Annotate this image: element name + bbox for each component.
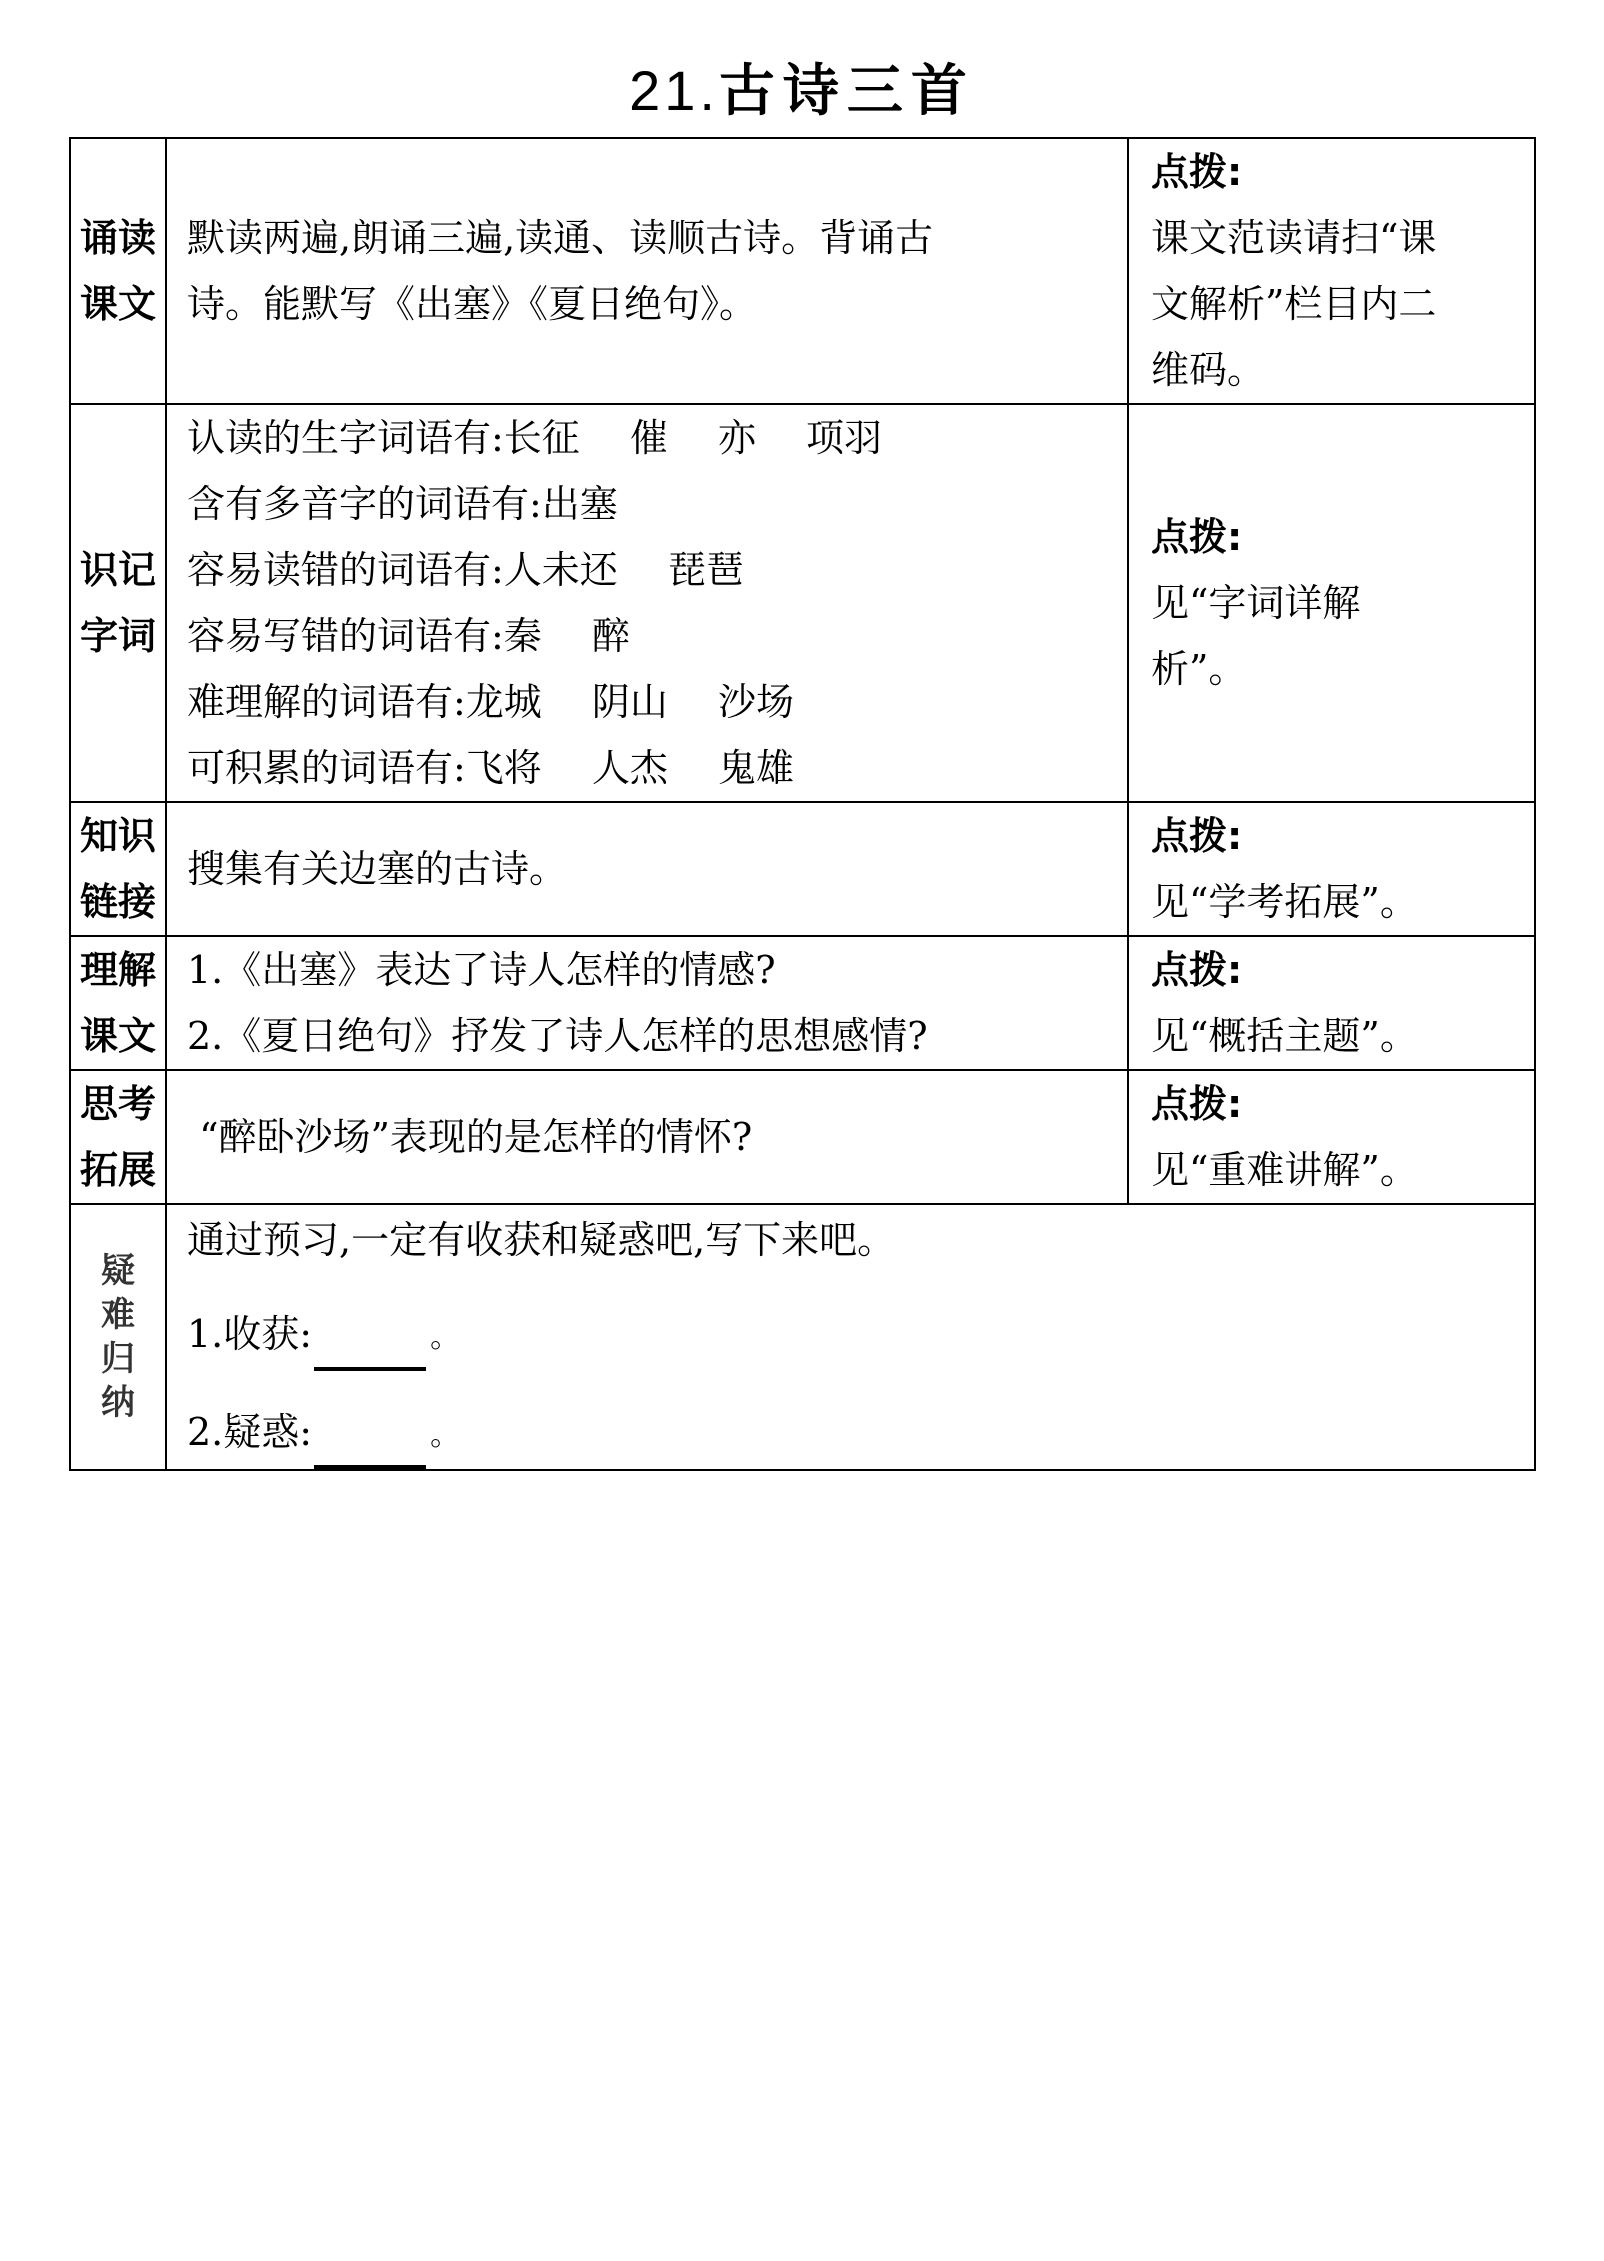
summary-content: 通过预习,一定有收获和疑惑吧,写下来吧。 1.收获:。 2.疑惑:。 <box>166 1204 1535 1470</box>
hint-title: 点拨: <box>1151 139 1534 205</box>
table-row-think-extend: 思考 拓展 “醉卧沙场”表现的是怎样的情怀? 点拨: 见“重难讲解”。 <box>70 1070 1535 1204</box>
row-content: “醉卧沙场”表现的是怎样的情怀? <box>166 1070 1128 1204</box>
hint-cell: 点拨: 课文范读请扫“课 文解析”栏目内二 维码。 <box>1128 138 1535 404</box>
title-name: 古诗三首 <box>719 58 975 124</box>
hint-cell: 点拨: 见“学考拓展”。 <box>1128 802 1535 936</box>
hint-title: 点拨: <box>1151 1071 1534 1137</box>
row-label: 知识 链接 <box>70 802 166 936</box>
title-number: 21. <box>629 59 719 122</box>
preview-worksheet-table: 诵读 课文 默读两遍,朗诵三遍,读通、读顺古诗。背诵古 诗。能默写《出塞》《夏日… <box>69 137 1536 1471</box>
page-title: 21.古诗三首 <box>0 56 1604 127</box>
row-content: 认读的生字词语有:长征 催 亦 项羽 含有多音字的词语有:出塞 容易读错的词语有… <box>166 404 1128 802</box>
summary-item-gain: 1.收获:。 <box>187 1301 1534 1371</box>
table-row-understand-text: 理解 课文 1.《出塞》表达了诗人怎样的情感? 2.《夏日绝句》抒发了诗人怎样的… <box>70 936 1535 1070</box>
gain-blank-field[interactable] <box>314 1321 426 1371</box>
summary-intro: 通过预习,一定有收获和疑惑吧,写下来吧。 <box>187 1207 1534 1273</box>
hint-cell: 点拨: 见“概括主题”。 <box>1128 936 1535 1070</box>
row-label: 诵读 课文 <box>70 138 166 404</box>
row-label: 思考 拓展 <box>70 1070 166 1204</box>
table-row-summary: 疑 难 归 纳 通过预习,一定有收获和疑惑吧,写下来吧。 1.收获:。 2.疑惑… <box>70 1204 1535 1470</box>
row-label: 识记 字词 <box>70 404 166 802</box>
row-content: 1.《出塞》表达了诗人怎样的情感? 2.《夏日绝句》抒发了诗人怎样的思想感情? <box>166 936 1128 1070</box>
hint-cell: 点拨: 见“字词详解 析”。 <box>1128 404 1535 802</box>
row-content: 默读两遍,朗诵三遍,读通、读顺古诗。背诵古 诗。能默写《出塞》《夏日绝句》。 <box>166 138 1128 404</box>
row-label: 疑 难 归 纳 <box>70 1204 166 1470</box>
table-row-knowledge-link: 知识 链接 搜集有关边塞的古诗。 点拨: 见“学考拓展”。 <box>70 802 1535 936</box>
hint-title: 点拨: <box>1151 937 1534 1003</box>
hint-title: 点拨: <box>1151 504 1534 570</box>
row-content: 搜集有关边塞的古诗。 <box>166 802 1128 936</box>
table-row-vocabulary: 识记 字词 认读的生字词语有:长征 催 亦 项羽 含有多音字的词语有:出塞 容易… <box>70 404 1535 802</box>
table-row-recite: 诵读 课文 默读两遍,朗诵三遍,读通、读顺古诗。背诵古 诗。能默写《出塞》《夏日… <box>70 138 1535 404</box>
hint-title: 点拨: <box>1151 803 1534 869</box>
row-label: 理解 课文 <box>70 936 166 1070</box>
hint-cell: 点拨: 见“重难讲解”。 <box>1128 1070 1535 1204</box>
doubt-blank-field[interactable] <box>314 1419 426 1469</box>
summary-item-doubt: 2.疑惑:。 <box>187 1399 1534 1469</box>
